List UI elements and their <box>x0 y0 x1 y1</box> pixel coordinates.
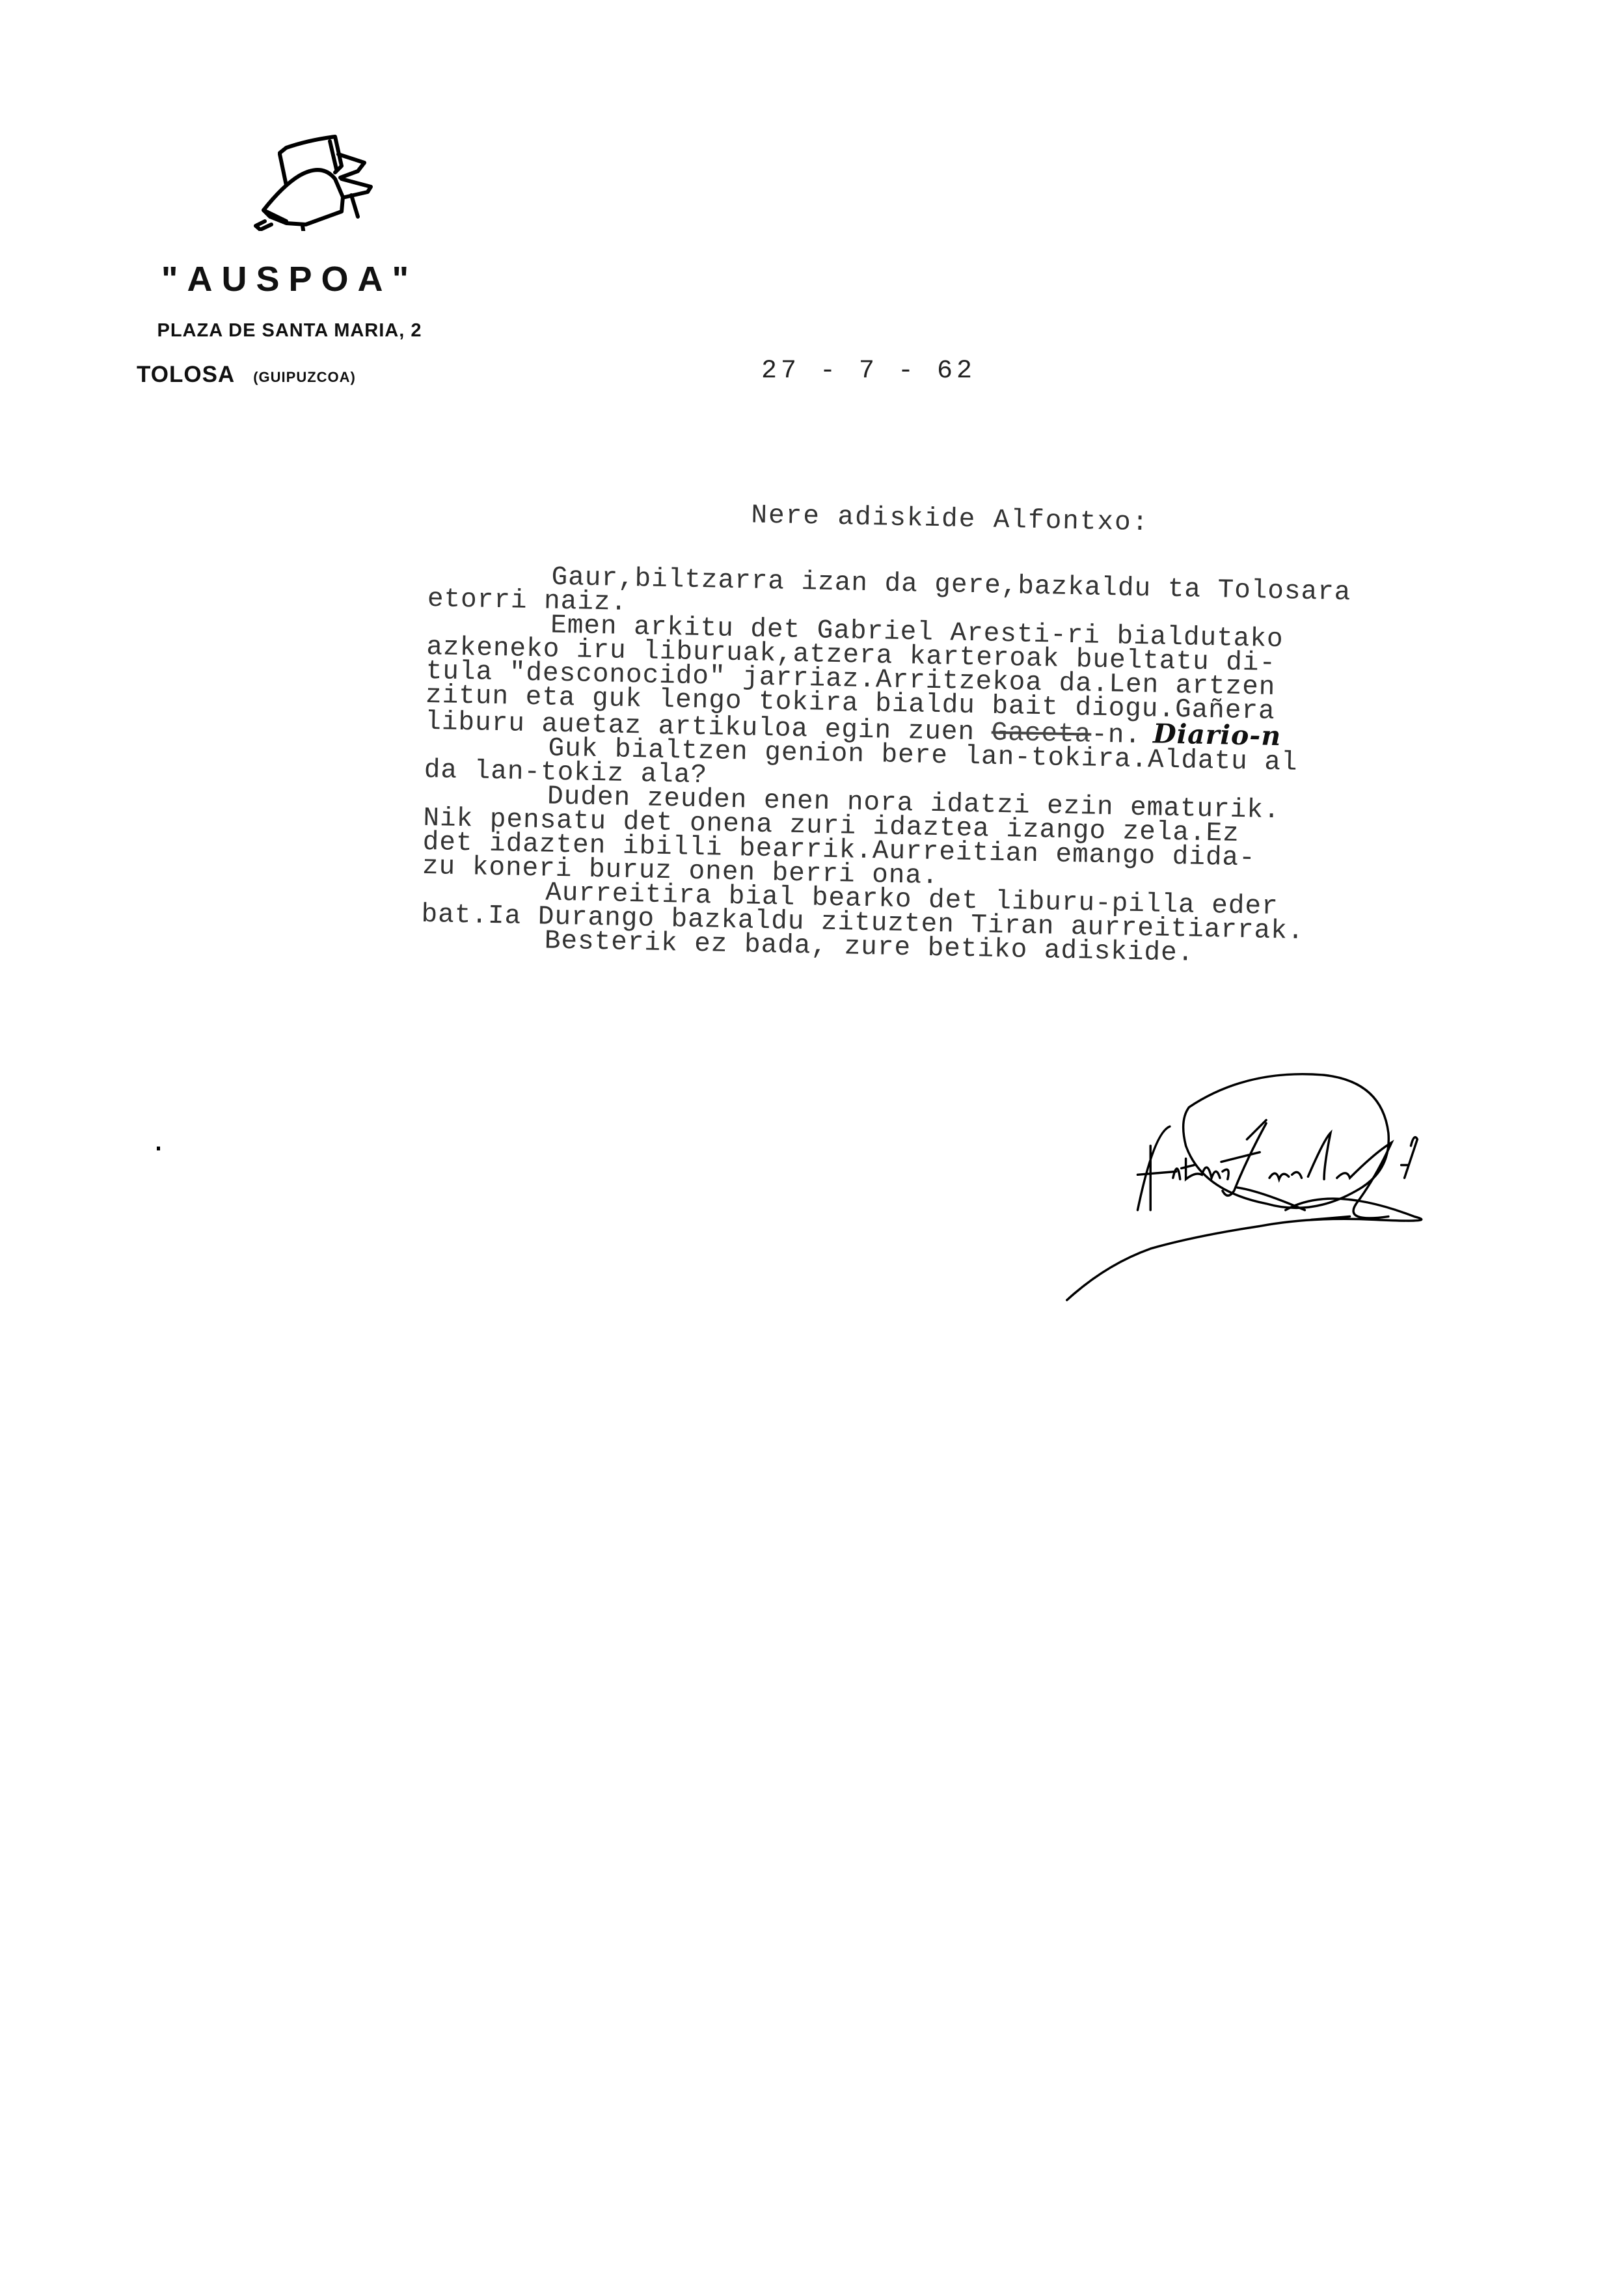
letter-body: Nere adiskide Alfontxo: Gaur,biltzarra i… <box>421 495 1470 971</box>
letter-date: 27 - 7 - 62 <box>761 357 976 386</box>
organization-name: "AUSPOA" <box>107 259 472 299</box>
organization-address: PLAZA DE SANTA MARIA, 2 <box>117 320 462 342</box>
organization-region: (GUIPUZCOA) <box>253 369 356 385</box>
organization-city: TOLOSA <box>137 362 235 387</box>
salutation: Nere adiskide Alfontxo: <box>751 501 1470 545</box>
bellows-icon <box>224 114 374 231</box>
signature: Antonio Zavala S. <box>1054 1061 1601 1321</box>
stray-ink-mark <box>157 1147 160 1150</box>
organization-city-line: TOLOSA(GUIPUZCOA) <box>137 362 356 388</box>
letter-lines: Gaur,biltzarra izan da gere,bazkaldu ta … <box>421 564 1469 971</box>
